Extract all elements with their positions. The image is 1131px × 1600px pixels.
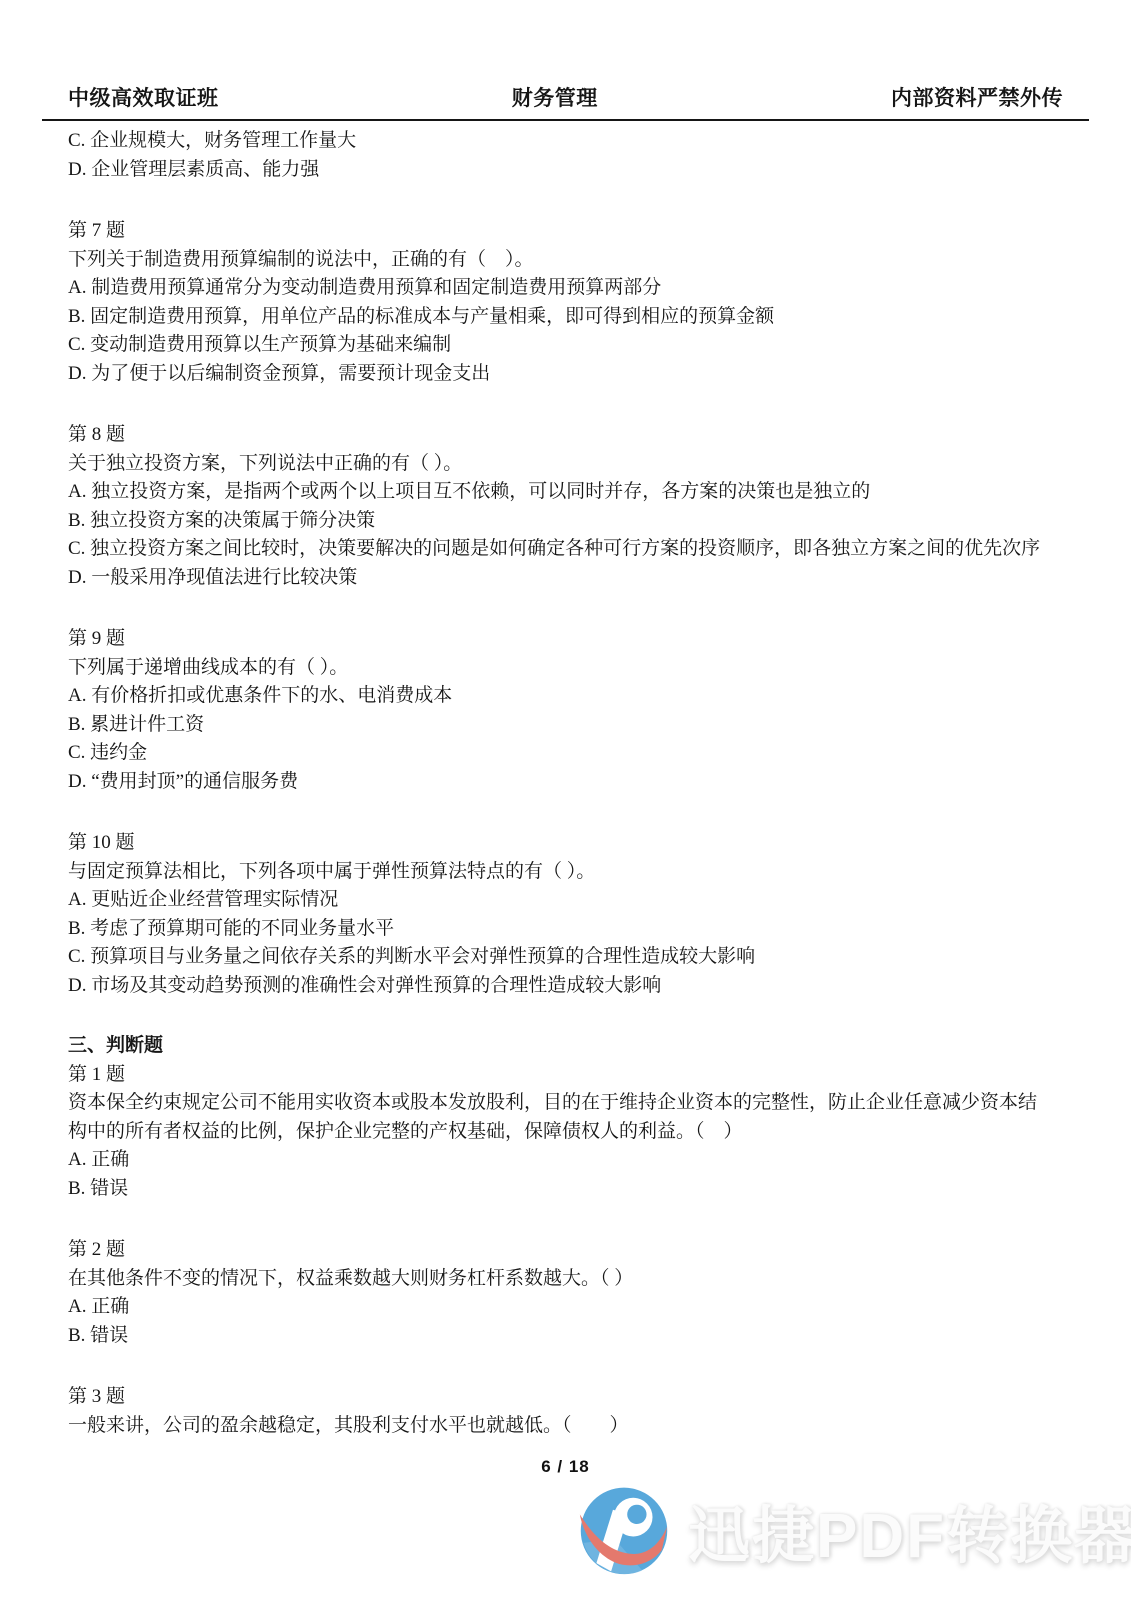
question-option: B. 错误 (68, 1175, 1043, 1204)
question-number: 第 2 题 (68, 1236, 1043, 1265)
question-option: D. 市场及其变动趋势预测的准确性会对弹性预算的合理性造成较大影响 (68, 972, 1043, 1001)
question-option: B. 独立投资方案的决策属于筛分决策 (68, 507, 1043, 536)
question-option: B. 固定制造费用预算，用单位产品的标准成本与产量相乘，即可得到相应的预算金额 (68, 303, 1043, 332)
question-number: 第 8 题 (68, 421, 1043, 450)
question-option: B. 累进计件工资 (68, 711, 1043, 740)
page-number: 6 / 18 (0, 1457, 1131, 1477)
header-subject: 财务管理 (512, 82, 598, 112)
question-option: A. 制造费用预算通常分为变动制造费用预算和固定制造费用预算两部分 (68, 274, 1043, 303)
question-option: A. 更贴近企业经营管理实际情况 (68, 886, 1043, 915)
question-9: 第 9 题 下列属于递增曲线成本的有（ ）。 A. 有价格折扣或优惠条件下的水、… (68, 625, 1043, 796)
question-10: 第 10 题 与固定预算法相比，下列各项中属于弹性预算法特点的有（ ）。 A. … (68, 829, 1043, 1000)
page-content: C. 企业规模大，财务管理工作量大 D. 企业管理层素质高、能力强 第 7 题 … (0, 121, 1131, 1440)
judgment-question-2: 第 2 题 在其他条件不变的情况下，权益乘数越大则财务杠杆系数越大。（ ） A.… (68, 1236, 1043, 1350)
question-number: 第 7 题 (68, 217, 1043, 246)
question-number: 第 9 题 (68, 625, 1043, 654)
question-option: C. 违约金 (68, 739, 1043, 768)
question-option: B. 考虑了预算期可能的不同业务量水平 (68, 915, 1043, 944)
question-option: A. 独立投资方案，是指两个或两个以上项目互不依赖，可以同时并存，各方案的决策也… (68, 478, 1043, 507)
question-stem: 下列属于递增曲线成本的有（ ）。 (68, 654, 1043, 683)
question-option: A. 正确 (68, 1293, 1043, 1322)
question-option: C. 变动制造费用预算以生产预算为基础来编制 (68, 331, 1043, 360)
question-stem: 与固定预算法相比，下列各项中属于弹性预算法特点的有（ ）。 (68, 858, 1043, 887)
document-page: 中级高效取证班 财务管理 内部资料严禁外传 C. 企业规模大，财务管理工作量大 … (0, 0, 1131, 1600)
question-8: 第 8 题 关于独立投资方案，下列说法中正确的有（ ）。 A. 独立投资方案，是… (68, 421, 1043, 592)
section-title-judgment: 三、判断题 (68, 1032, 1043, 1061)
carryover-option-c: C. 企业规模大，财务管理工作量大 (68, 127, 1043, 156)
pdf-converter-logo-icon (578, 1482, 670, 1578)
page-header: 中级高效取证班 财务管理 内部资料严禁外传 (42, 0, 1089, 121)
header-course: 中级高效取证班 (68, 82, 219, 112)
question-stem: 关于独立投资方案，下列说法中正确的有（ ）。 (68, 450, 1043, 479)
question-number: 第 1 题 (68, 1061, 1043, 1090)
question-option: D. 一般采用净现值法进行比较决策 (68, 564, 1043, 593)
question-option: C. 预算项目与业务量之间依存关系的判断水平会对弹性预算的合理性造成较大影响 (68, 943, 1043, 972)
watermark-text: 迅捷PDF转换器 (688, 1486, 1131, 1575)
question-stem: 一般来讲，公司的盈余越稳定，其股利支付水平也就越低。（ ） (68, 1412, 1043, 1441)
question-option: D. “费用封顶”的通信服务费 (68, 768, 1043, 797)
question-option: B. 错误 (68, 1322, 1043, 1351)
question-stem: 资本保全约束规定公司不能用实收资本或股本发放股利，目的在于维持企业资本的完整性，… (68, 1089, 1043, 1146)
watermark: 迅捷PDF转换器 (578, 1482, 1131, 1578)
question-option: D. 为了便于以后编制资金预算，需要预计现金支出 (68, 360, 1043, 389)
question-7: 第 7 题 下列关于制造费用预算编制的说法中，正确的有（ ）。 A. 制造费用预… (68, 217, 1043, 388)
carryover-option-d: D. 企业管理层素质高、能力强 (68, 156, 1043, 185)
question-option: A. 正确 (68, 1146, 1043, 1175)
question-option: A. 有价格折扣或优惠条件下的水、电消费成本 (68, 682, 1043, 711)
judgment-question-1: 第 1 题 资本保全约束规定公司不能用实收资本或股本发放股利，目的在于维持企业资… (68, 1061, 1043, 1204)
judgment-question-3: 第 3 题 一般来讲，公司的盈余越稳定，其股利支付水平也就越低。（ ） (68, 1383, 1043, 1440)
question-stem: 下列关于制造费用预算编制的说法中，正确的有（ ）。 (68, 246, 1043, 275)
question-stem: 在其他条件不变的情况下，权益乘数越大则财务杠杆系数越大。（ ） (68, 1265, 1043, 1294)
question-number: 第 10 题 (68, 829, 1043, 858)
question-number: 第 3 题 (68, 1383, 1043, 1412)
question-option: C. 独立投资方案之间比较时，决策要解决的问题是如何确定各种可行方案的投资顺序，… (68, 535, 1043, 564)
header-notice: 内部资料严禁外传 (891, 82, 1063, 112)
